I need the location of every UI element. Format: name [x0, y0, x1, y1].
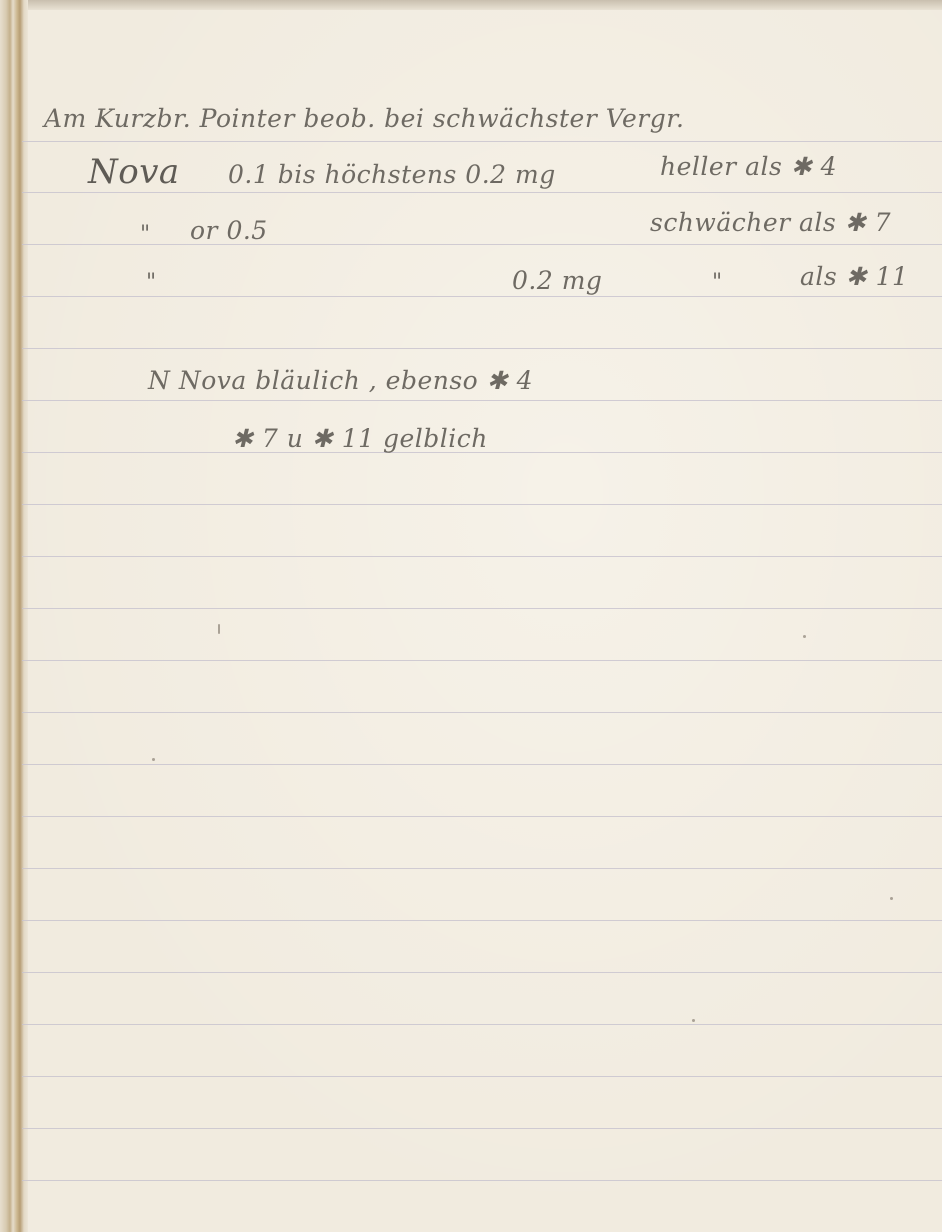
- ruled-line: [22, 400, 942, 401]
- ruled-line: [22, 868, 942, 869]
- handwritten-ditto-3: ": [712, 270, 723, 295]
- paper-speck: [692, 1019, 695, 1022]
- ruled-line: [22, 764, 942, 765]
- ruled-line: [22, 816, 942, 817]
- ruled-line: [22, 348, 942, 349]
- ruled-line: [22, 1076, 942, 1077]
- handwritten-note-2: ✱ 7 u ✱ 11 gelblich: [232, 424, 488, 453]
- handwritten-brighter: heller als ✱ 4: [660, 152, 837, 181]
- handwritten-amount: 0.2 mg: [512, 266, 602, 295]
- handwritten-ditto-2: ": [146, 270, 157, 295]
- ruled-line: [22, 1024, 942, 1025]
- handwritten-or: or 0.5: [190, 216, 268, 245]
- ruled-line: [22, 1180, 942, 1181]
- handwritten-fainter: schwächer als ✱ 7: [650, 208, 891, 237]
- ruled-line: [22, 296, 942, 297]
- page-top-edge: [0, 0, 942, 10]
- ruled-line: [22, 244, 942, 245]
- ruled-line: [22, 920, 942, 921]
- ruled-line: [22, 972, 942, 973]
- ruled-line: [22, 556, 942, 557]
- handwritten-note-1: N Nova bläulich , ebenso ✱ 4: [148, 366, 533, 395]
- handwritten-nova: Nova: [88, 152, 180, 192]
- ruled-line: [22, 1128, 942, 1129]
- paper-speck: [803, 635, 806, 638]
- paper-speck: [890, 897, 893, 900]
- ruled-line: [22, 608, 942, 609]
- ruled-line: [22, 660, 942, 661]
- handwritten-line-1: Am Kurzbr. Pointer beob. bei schwächster…: [44, 104, 684, 133]
- notebook-spine: [0, 0, 28, 1232]
- handwritten-range: 0.1 bis höchstens 0.2 mg: [228, 160, 556, 189]
- ruled-line: [22, 504, 942, 505]
- handwritten-ditto-1: ": [140, 222, 151, 247]
- ruled-line: [22, 192, 942, 193]
- ruled-line: [22, 141, 942, 142]
- ruled-line: [22, 712, 942, 713]
- handwritten-as: als ✱ 11: [800, 262, 908, 291]
- paper-speck: [218, 624, 220, 634]
- paper-speck: [152, 758, 155, 761]
- notebook-page: Am Kurzbr. Pointer beob. bei schwächster…: [0, 0, 942, 1232]
